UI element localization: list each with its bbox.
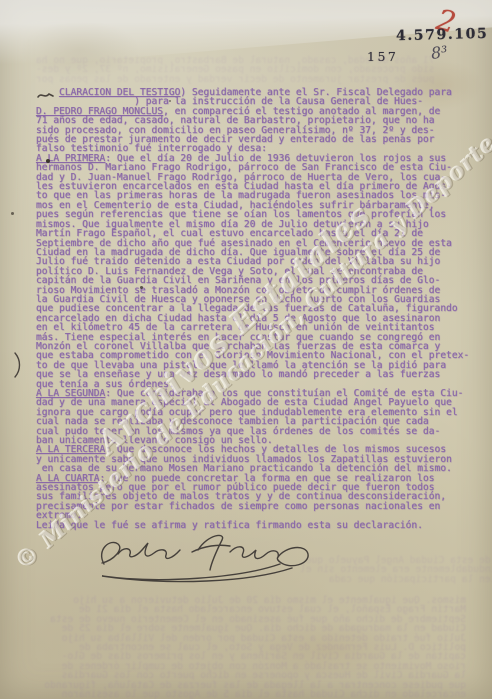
bleedthrough-text-bottom: mismos. Que igualmente el mismo día 20 d…: [26, 596, 466, 699]
doc-line: cual nada se realizaba y desconoce tambi…: [300, 575, 492, 584]
doc-line: pués de prestar juramento de decir verda…: [36, 75, 435, 84]
doc-line: la Guardia Civil de Huesca y oponerse en…: [26, 671, 466, 680]
doc-line: que pudiese concentrar a la llegada de l…: [26, 681, 466, 690]
doc-line: dad y de una manera especial al Abogado …: [300, 556, 492, 565]
doc-line: ignora que cargo podía ocupar pero que i…: [300, 565, 492, 574]
margin-pen-squiggle: [36, 90, 56, 102]
typewritten-testimony: CLARACION DEL TESTIGO) Seguidamente ante…: [36, 88, 482, 530]
doc-line: encarcelado en dicha Ciudad hasta el día…: [26, 690, 466, 699]
doc-line: Julio fué traido detenido a esta Ciudad …: [26, 634, 466, 643]
doc-line: Septiembre de dicho año que fué asesinad…: [26, 615, 466, 624]
doc-line: político D. Luis Fernandez de Vega y Sot…: [26, 643, 466, 652]
margin-paren-mark: [12, 350, 24, 380]
doc-line: sido procesado, con domicilio en paseo G…: [36, 65, 435, 74]
paper-stain: [250, 620, 410, 680]
paper-speck: [169, 100, 171, 102]
paper-speck: [46, 159, 50, 163]
doc-line: Martín Frago Español, el cual estuvo enc…: [26, 605, 466, 614]
scanned-document-page: 2 4.579.105 157 8³ 71 años de edad, casa…: [0, 0, 492, 699]
signature: [80, 530, 320, 602]
doc-line: Leida que le fué se afirma y ratifica fi…: [36, 521, 482, 530]
bleedthrough-text-mid: dad y de una manera especial al Abogado …: [300, 556, 492, 584]
doc-line: capitán de la Guardia Civil en Sariñena …: [26, 652, 466, 661]
folio-number-stamp: 157: [367, 49, 398, 64]
doc-line: rioso Movimiento se trasladó a Monzón co…: [26, 662, 466, 671]
archive-number-stamp: 4.579.105: [396, 26, 489, 44]
handwritten-ink-note: 8³: [430, 42, 448, 63]
paper-speck: [140, 286, 143, 289]
paper-speck: [11, 212, 14, 215]
doc-line: Ciudad en la madrugada de dicho día. Que…: [26, 624, 466, 633]
doc-line: precisamente por estar fichados de siemp…: [36, 502, 482, 511]
